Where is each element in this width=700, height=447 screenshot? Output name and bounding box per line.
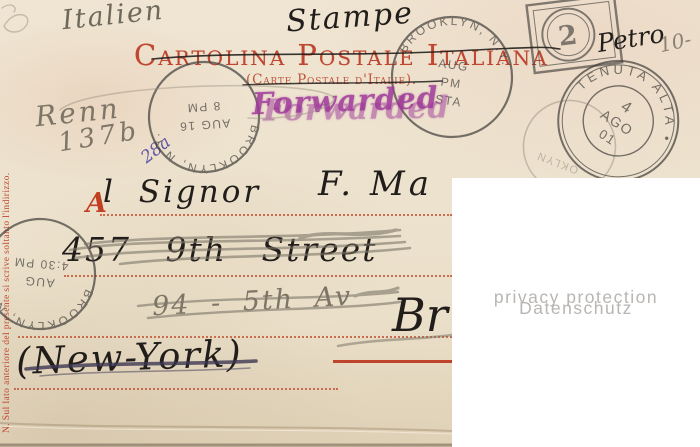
old-address-pencil: 94 - 5th Av — [151, 281, 353, 322]
postmark-brooklyn-top: BROOKLYN, N.Y. AUG PM STA — [375, 0, 529, 154]
postmark-time: PM — [440, 75, 463, 92]
postmark-brooklyn-center: BROOKLYN, N.Y. AUG 16 8 PM — [138, 51, 270, 183]
address-rule-2 — [64, 275, 452, 277]
privacy-overlay-line2: Datenschutz — [452, 302, 700, 314]
address-rule-1 — [100, 214, 452, 216]
crease-shadow — [0, 423, 452, 431]
street-line: 457 9th Street — [62, 230, 377, 269]
rate-numeral-stamp: 2 — [522, 0, 642, 90]
printed-red-line — [333, 360, 452, 363]
forwarded-stamp: Forwarded — [251, 81, 439, 122]
address-rule-4 — [14, 388, 338, 390]
postmark-time: 8 PM — [186, 99, 221, 115]
postmark-overlap-text: OKLYN — [535, 149, 580, 176]
crease-highlight — [0, 426, 452, 434]
pencil-country-note: Italien — [61, 0, 166, 36]
postmark-date: AUG — [438, 56, 470, 74]
privacy-overlay: privacy protection Datenschutz — [452, 178, 700, 447]
city-start-script: Br — [392, 288, 448, 342]
corner-squiggle — [2, 5, 28, 32]
postmark-date: AUG 16 — [178, 116, 231, 134]
postmark-brooklyn-left: BROOKLYN, N.Y. AUG 4:30 PM — [0, 207, 107, 341]
addressee-name: F. Ma — [318, 164, 433, 204]
rate-numeral: 2 — [557, 19, 581, 52]
crossed-city-script: (New-York) — [15, 332, 243, 383]
pencil-petro-amount: 10- — [657, 27, 694, 57]
postmark-date: AUG — [23, 274, 55, 291]
postmark-time: 4:30 PM — [13, 255, 69, 274]
postcard-scan: Cartolina Postale Italiana (Carte Postal… — [0, 0, 700, 447]
